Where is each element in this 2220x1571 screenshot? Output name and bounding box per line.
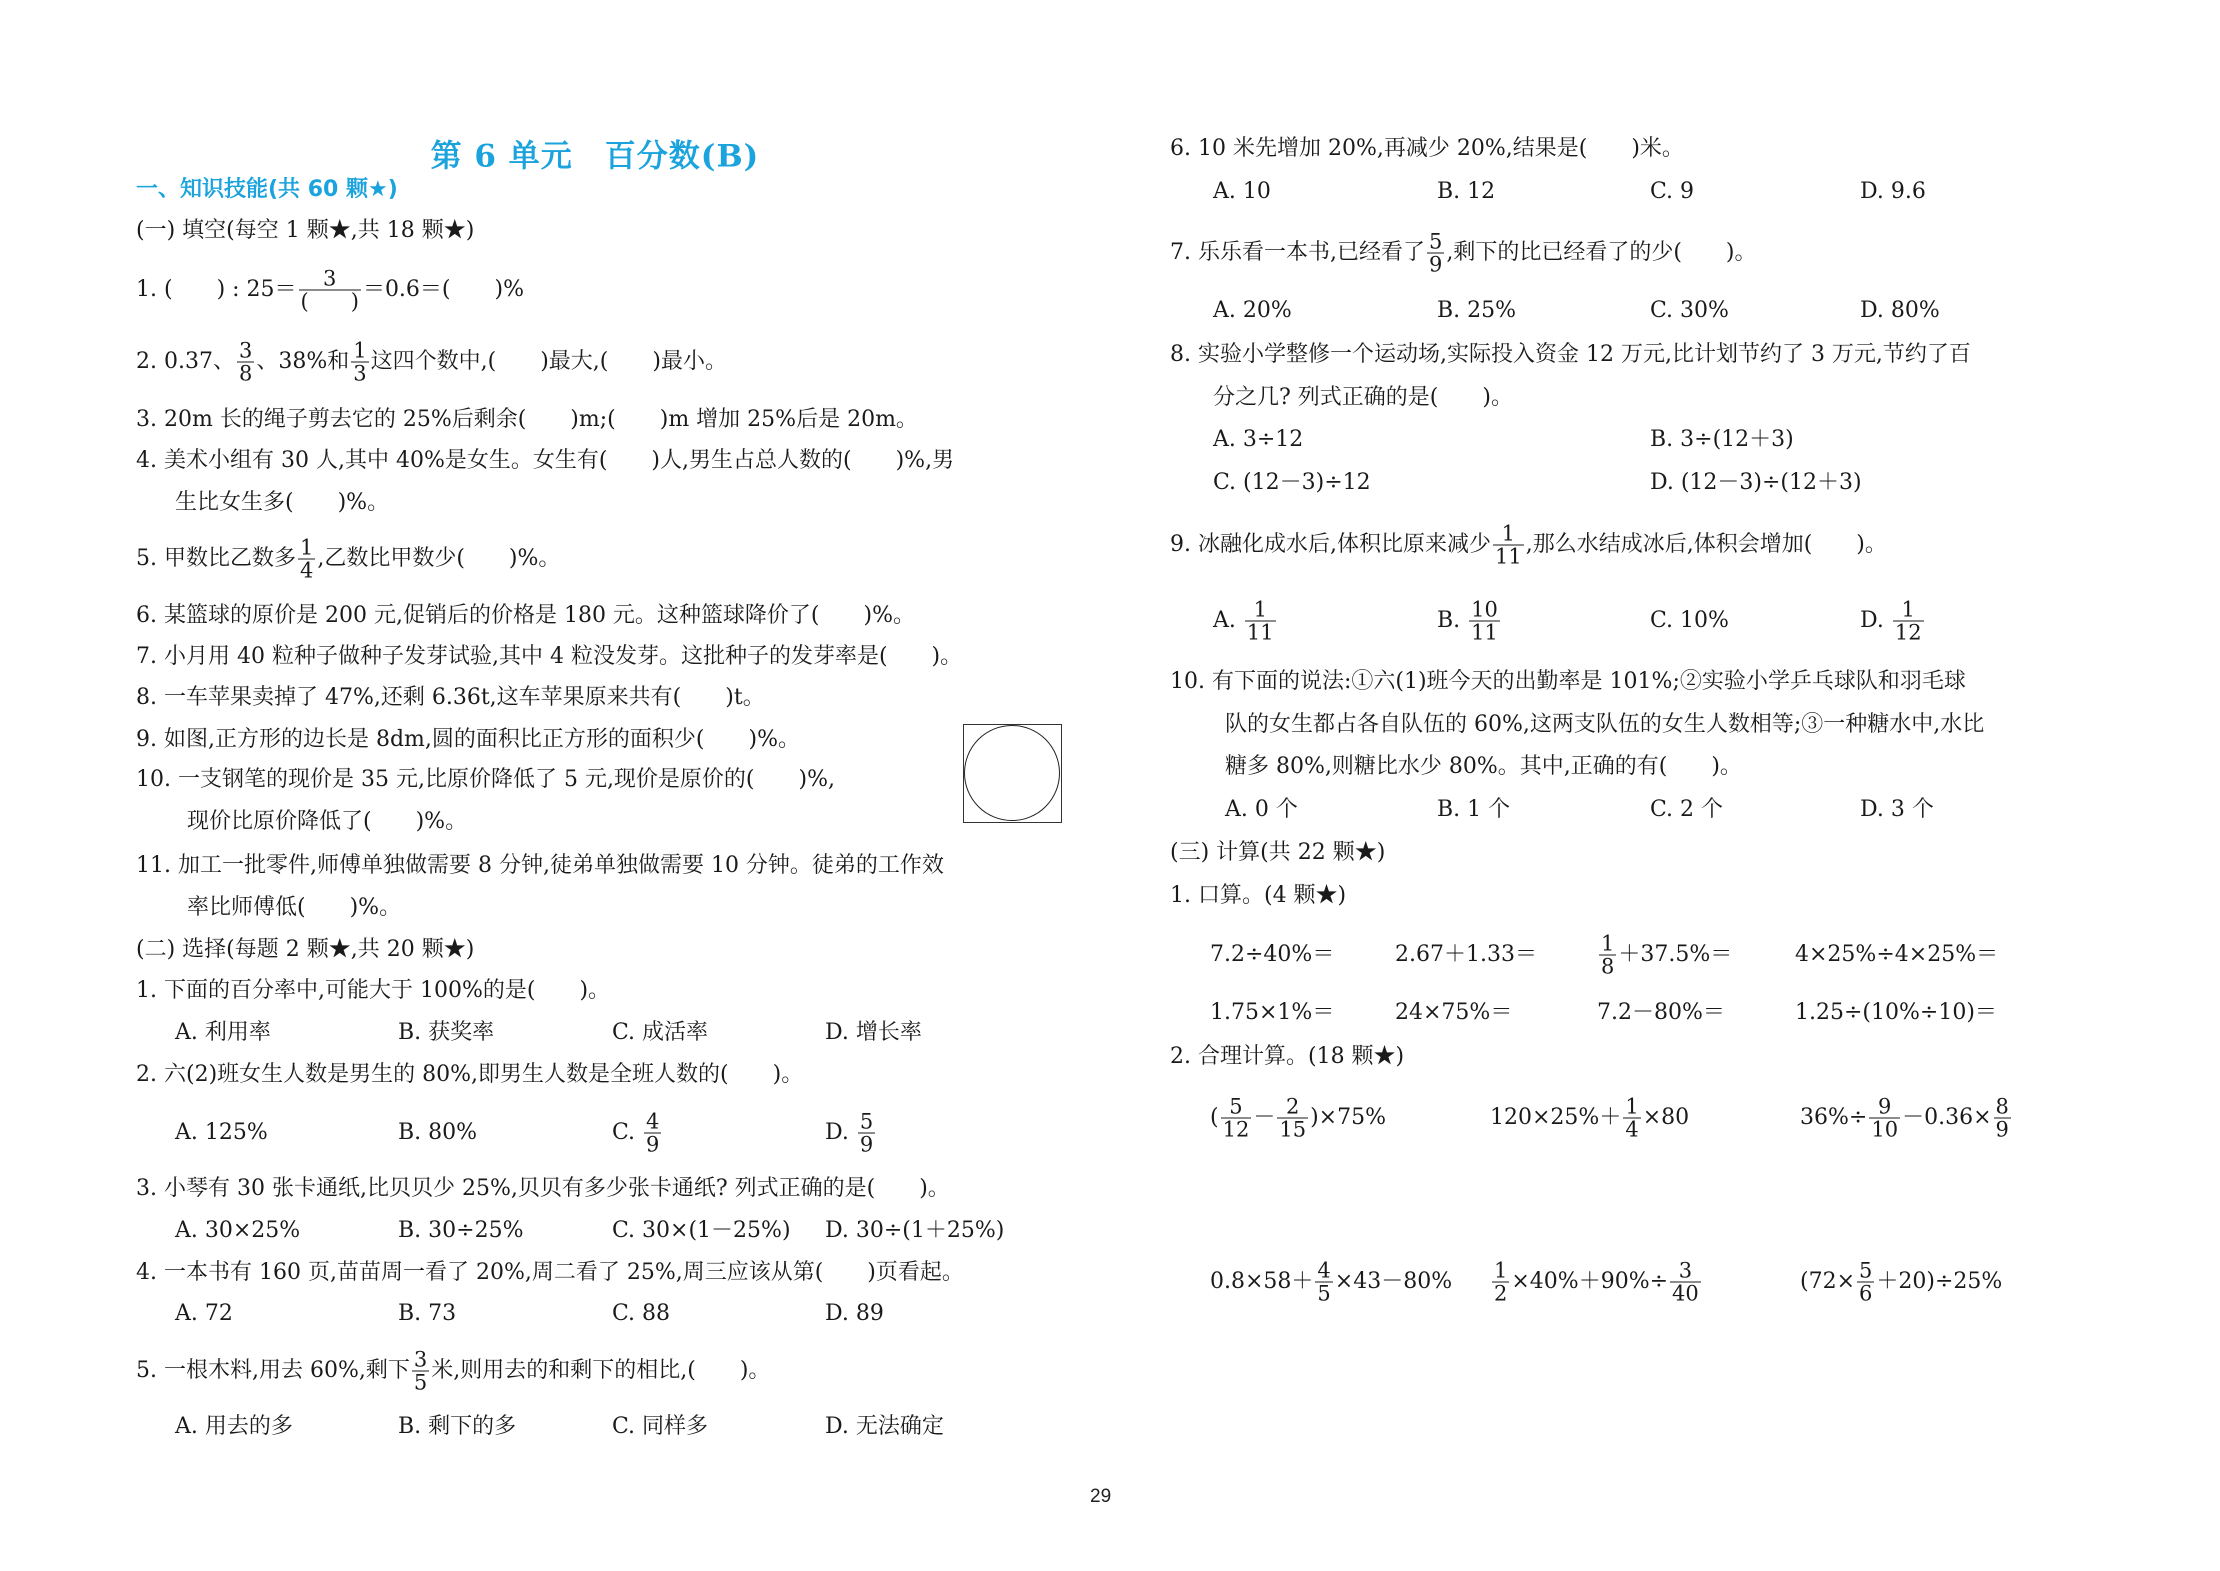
- denominator: 11: [1469, 621, 1500, 644]
- numerator: 1: [1623, 1096, 1640, 1118]
- choice-q7-text-b: ,剩下的比已经看了的少( )。: [1446, 240, 1756, 265]
- choice-q7-option-c: C. 30%: [1650, 296, 1729, 326]
- choice-q9-text-b: ,那么水结成冰后,体积会增加( )。: [1526, 532, 1887, 557]
- page-number: 29: [1090, 1486, 1111, 1508]
- numerator: 9: [1876, 1096, 1893, 1118]
- choice-q10-option-c: C. 2 个: [1650, 795, 1723, 825]
- denominator: 2: [1492, 1282, 1509, 1305]
- choice-q2-option-d: D. 59: [825, 1111, 877, 1156]
- circle-shape: [964, 725, 1060, 821]
- fraction: 59: [858, 1111, 875, 1156]
- fill-q9: 9. 如图,正方形的边长是 8dm,圆的面积比正方形的面积少( )%。: [136, 725, 800, 755]
- reasonable-calc-label: 2. 合理计算。(18 颗★): [1170, 1042, 1404, 1072]
- choice-q7-stem: 7. 乐乐看一本书,已经看了59,剩下的比已经看了的少( )。: [1170, 231, 1757, 276]
- fraction: 14: [298, 537, 315, 582]
- fill-q1-text-b: ＝0.6＝( )%: [363, 277, 524, 302]
- fraction: 215: [1277, 1096, 1308, 1141]
- choice-q6-option-a: A. 10: [1213, 177, 1271, 207]
- numerator: 1: [1900, 599, 1917, 621]
- fill-q8: 8. 一车苹果卖掉了 47%,还剩 6.36t,这车苹果原来共有( )t。: [136, 683, 765, 713]
- denominator: 4: [1623, 1118, 1640, 1141]
- fraction: 910: [1869, 1096, 1900, 1141]
- section-heading-knowledge: 一、知识技能(共 60 颗★): [136, 175, 398, 205]
- fraction: 14: [1623, 1096, 1640, 1141]
- numerator: 5: [858, 1111, 875, 1133]
- choice-q10-line2: 队的女生都占各自队伍的 60%,这两支队伍的女生人数相等;③一种糖水中,水比: [1225, 710, 1984, 740]
- numerator: 3: [412, 1349, 429, 1371]
- numerator: 4: [644, 1111, 661, 1133]
- choice-q6-option-c: C. 9: [1650, 177, 1694, 207]
- calc-expr-6: (72×56＋20)÷25%: [1800, 1260, 2002, 1305]
- numerator: 1: [1492, 1260, 1509, 1282]
- fill-q2-text-a: 2. 0.37、: [136, 349, 235, 374]
- choice-q8-line1: 8. 实验小学整修一个运动场,实际投入资金 12 万元,比计划节约了 3 万元,…: [1170, 340, 1971, 370]
- numerator: 1: [351, 340, 368, 362]
- denominator: 11: [1245, 621, 1276, 644]
- fill-q2-text-c: 这四个数中,( )最大,( )最小。: [371, 349, 727, 374]
- fill-q11-line1: 11. 加工一批零件,师傅单独做需要 8 分钟,徒弟单独做需要 10 分钟。徒弟…: [136, 851, 944, 881]
- denominator: 3: [351, 362, 368, 385]
- choice-q6-option-b: B. 12: [1437, 177, 1495, 207]
- choice-q4-option-a: A. 72: [175, 1299, 233, 1329]
- expr-text: 0.8×58＋: [1210, 1269, 1313, 1294]
- page-title: 第 6 单元 百分数(B): [0, 131, 1190, 176]
- calc-expr-2: 120×25%＋14×80: [1490, 1096, 1689, 1141]
- fraction: 35: [412, 1349, 429, 1394]
- fraction: 59: [1427, 231, 1444, 276]
- choice-q8-option-a: A. 3÷12: [1213, 425, 1303, 455]
- fill-q10-line2: 现价比原价降低了( )%。: [187, 807, 467, 837]
- choice-q7-option-d: D. 80%: [1860, 296, 1940, 326]
- choice-q10-line1: 10. 有下面的说法:①六(1)班今天的出勤率是 101%;②实验小学乒乓球队和…: [1170, 667, 1966, 697]
- fraction: 18: [1599, 933, 1616, 978]
- fill-q2: 2. 0.37、38、38%和13这四个数中,( )最大,( )最小。: [136, 340, 727, 385]
- fill-q1: 1. ( ) : 25＝3( )＝0.6＝( )%: [136, 268, 524, 313]
- denominator: 4: [298, 559, 315, 582]
- fraction: 45: [1315, 1260, 1332, 1305]
- choice-q4-option-b: B. 73: [398, 1299, 456, 1329]
- choice-q3-option-c: C. 30×(1－25%): [612, 1216, 791, 1246]
- expr-text: ×40%＋90%÷: [1511, 1269, 1668, 1294]
- choice-q3-option-d: D. 30÷(1＋25%): [825, 1216, 1004, 1246]
- numerator: 3: [321, 268, 338, 290]
- choice-q8-option-b: B. 3÷(12＋3): [1650, 425, 1794, 455]
- expr-text: (: [1210, 1105, 1219, 1130]
- choice-q3-option-b: B. 30÷25%: [398, 1216, 523, 1246]
- choice-q2-option-b: B. 80%: [398, 1118, 477, 1148]
- choice-q1-option-b: B. 获奖率: [398, 1018, 494, 1048]
- fraction: 111: [1245, 599, 1276, 644]
- fill-q11-line2: 率比师傅低( )%。: [187, 893, 401, 923]
- expr-text: )×75%: [1310, 1105, 1386, 1130]
- fraction: 89: [1994, 1096, 2011, 1141]
- choice-q6-option-d: D. 9.6: [1860, 177, 1926, 207]
- denominator: 5: [1315, 1282, 1332, 1305]
- fill-q2-text-b: 、38%和: [256, 349, 349, 374]
- expr-text: ＋37.5%＝: [1618, 942, 1732, 967]
- square-with-inscribed-circle-figure: [963, 724, 1062, 823]
- fraction: 111: [1493, 523, 1524, 568]
- fill-q4-line2: 生比女生多( )%。: [175, 488, 389, 518]
- choice-q4-option-d: D. 89: [825, 1299, 884, 1329]
- choice-q2-option-a: A. 125%: [175, 1118, 268, 1148]
- choice-q9-stem: 9. 冰融化成水后,体积比原来减少111,那么水结成冰后,体积会增加( )。: [1170, 523, 1887, 568]
- fill-q5: 5. 甲数比乙数多14,乙数比甲数少( )%。: [136, 537, 560, 582]
- expr-text: －: [1253, 1105, 1275, 1130]
- choice-q9-option-b: B. 1011: [1437, 599, 1502, 644]
- oral-expr-7: 7.2－80%＝: [1597, 998, 1725, 1028]
- oral-expr-4: 4×25%÷4×25%＝: [1795, 940, 1998, 970]
- fraction: 12: [1492, 1260, 1509, 1305]
- fill-q4-line1: 4. 美术小组有 30 人,其中 40%是女生。女生有( )人,男生占总人数的(…: [136, 446, 954, 476]
- choice-q5-option-b: B. 剩下的多: [398, 1412, 516, 1442]
- choice-q9-option-a: A. 111: [1213, 599, 1278, 644]
- numerator: 1: [1599, 933, 1616, 955]
- choice-q3-option-a: A. 30×25%: [175, 1216, 300, 1246]
- denominator: 12: [1221, 1118, 1252, 1141]
- denominator: 8: [1599, 955, 1616, 978]
- choice-q5-option-c: C. 同样多: [612, 1412, 708, 1442]
- fraction: 340: [1670, 1260, 1701, 1305]
- denominator: 6: [1857, 1282, 1874, 1305]
- calc-heading: (三) 计算(共 22 颗★): [1170, 838, 1385, 868]
- choice-q8-option-d: D. (12－3)÷(12＋3): [1650, 468, 1862, 498]
- oral-expr-6: 24×75%＝: [1395, 998, 1512, 1028]
- choice-q7-option-a: A. 20%: [1213, 296, 1292, 326]
- choice-q3-stem: 3. 小琴有 30 张卡通纸,比贝贝少 25%,贝贝有多少张卡通纸? 列式正确的…: [136, 1174, 950, 1204]
- choice-q10-option-a: A. 0 个: [1225, 795, 1298, 825]
- choice-q9-option-d: D. 112: [1860, 599, 1926, 644]
- numerator: 3: [237, 340, 254, 362]
- fill-q6: 6. 某篮球的原价是 200 元,促销后的价格是 180 元。这种篮球降价了( …: [136, 601, 915, 631]
- fill-q3: 3. 20m 长的绳子剪去它的 25%后剩余( )m;( )m 增加 25%后是…: [136, 405, 918, 435]
- fraction: 512: [1221, 1096, 1252, 1141]
- choice-q1-option-a: A. 利用率: [175, 1018, 271, 1048]
- oral-expr-8: 1.25÷(10%÷10)＝: [1795, 998, 1997, 1028]
- choice-q8-line2: 分之几? 列式正确的是( )。: [1213, 383, 1513, 413]
- choice-q9-text-a: 9. 冰融化成水后,体积比原来减少: [1170, 532, 1491, 557]
- denominator: 9: [858, 1133, 875, 1156]
- numerator: 1: [1500, 523, 1517, 545]
- denominator: 9: [1994, 1118, 2011, 1141]
- expr-text: (72×: [1800, 1269, 1855, 1294]
- fraction: 49: [644, 1111, 661, 1156]
- denominator: 10: [1869, 1118, 1900, 1141]
- numerator: 1: [298, 537, 315, 559]
- fraction: 13: [351, 340, 368, 385]
- expr-text: ＋20)÷25%: [1876, 1269, 2002, 1294]
- choice-q8-option-c: C. (12－3)÷12: [1213, 468, 1371, 498]
- oral-expr-2: 2.67＋1.33＝: [1395, 940, 1537, 970]
- numerator: 3: [1677, 1260, 1694, 1282]
- choice-q10-line3: 糖多 80%,则糖比水少 80%。其中,正确的有( )。: [1225, 752, 1742, 782]
- fill-q1-text-a: 1. ( ) : 25＝: [136, 277, 297, 302]
- choice-q4-option-c: C. 88: [612, 1299, 670, 1329]
- choice-q7-option-b: B. 25%: [1437, 296, 1516, 326]
- oral-expr-1: 7.2÷40%＝: [1210, 940, 1334, 970]
- choice-q5-text-a: 5. 一根木料,用去 60%,剩下: [136, 1358, 410, 1383]
- choice-heading: (二) 选择(每题 2 颗★,共 20 颗★): [136, 935, 474, 965]
- oral-expr-3: 18＋37.5%＝: [1597, 933, 1732, 978]
- denominator: 8: [237, 362, 254, 385]
- choice-q6-stem: 6. 10 米先增加 20%,再减少 20%,结果是( )米。: [1170, 134, 1684, 164]
- fill-q5-text-b: ,乙数比甲数少( )%。: [317, 546, 560, 571]
- numerator: 2: [1284, 1096, 1301, 1118]
- numerator: 10: [1469, 599, 1500, 621]
- numerator: 8: [1994, 1096, 2011, 1118]
- choice-q1-option-c: C. 成活率: [612, 1018, 708, 1048]
- denominator: 40: [1670, 1282, 1701, 1305]
- fill-q5-text-a: 5. 甲数比乙数多: [136, 546, 296, 571]
- fill-blank-heading: (一) 填空(每空 1 颗★,共 18 颗★): [136, 216, 474, 246]
- choice-q10-option-d: D. 3 个: [1860, 795, 1934, 825]
- numerator: 5: [1427, 231, 1444, 253]
- choice-q9-option-c: C. 10%: [1650, 606, 1729, 636]
- expr-text: 36%÷: [1800, 1105, 1867, 1130]
- expr-text: ×43－80%: [1335, 1269, 1452, 1294]
- fill-q10-line1: 10. 一支钢笔的现价是 35 元,比原价降低了 5 元,现价是原价的( )%,: [136, 765, 835, 795]
- choice-q2-option-c: C. 49: [612, 1111, 663, 1156]
- calc-expr-4: 0.8×58＋45×43－80%: [1210, 1260, 1452, 1305]
- fraction: 1011: [1469, 599, 1500, 644]
- fraction: 3( ): [299, 268, 361, 313]
- choice-q5-stem: 5. 一根木料,用去 60%,剩下35米,则用去的和剩下的相比,( )。: [136, 1349, 770, 1394]
- option-label: D.: [1860, 608, 1884, 633]
- denominator: 11: [1493, 545, 1524, 568]
- calc-expr-3: 36%÷910－0.36×89: [1800, 1096, 2013, 1141]
- calc-expr-1: (512－215)×75%: [1210, 1096, 1386, 1141]
- choice-q1-option-d: D. 增长率: [825, 1018, 922, 1048]
- option-label: A.: [1213, 608, 1236, 633]
- numerator: 5: [1227, 1096, 1244, 1118]
- expr-text: －0.36×: [1902, 1105, 1991, 1130]
- fraction: 112: [1893, 599, 1924, 644]
- choice-q5-option-d: D. 无法确定: [825, 1412, 944, 1442]
- fill-q7: 7. 小月用 40 粒种子做种子发芽试验,其中 4 粒没发芽。这批种子的发芽率是…: [136, 642, 962, 672]
- calc-expr-5: 12×40%＋90%÷340: [1490, 1260, 1703, 1305]
- denominator: ( ): [299, 290, 361, 313]
- choice-q4-stem: 4. 一本书有 160 页,苗苗周一看了 20%,周二看了 25%,周三应该从第…: [136, 1258, 964, 1288]
- denominator: 12: [1893, 621, 1924, 644]
- oral-calc-label: 1. 口算。(4 颗★): [1170, 881, 1346, 911]
- oral-expr-5: 1.75×1%＝: [1210, 998, 1334, 1028]
- expr-text: 120×25%＋: [1490, 1105, 1621, 1130]
- numerator: 4: [1315, 1260, 1332, 1282]
- choice-q10-option-b: B. 1 个: [1437, 795, 1510, 825]
- option-label: C.: [612, 1120, 635, 1145]
- fraction: 38: [237, 340, 254, 385]
- numerator: 5: [1857, 1260, 1874, 1282]
- choice-q5-text-b: 米,则用去的和剩下的相比,( )。: [431, 1358, 770, 1383]
- denominator: 15: [1277, 1118, 1308, 1141]
- option-label: B.: [1437, 608, 1460, 633]
- numerator: 1: [1252, 599, 1269, 621]
- choice-q2-stem: 2. 六(2)班女生人数是男生的 80%,即男生人数是全班人数的( )。: [136, 1060, 803, 1090]
- choice-q5-option-a: A. 用去的多: [175, 1412, 293, 1442]
- denominator: 9: [1427, 253, 1444, 276]
- option-label: D.: [825, 1120, 849, 1145]
- denominator: 5: [412, 1371, 429, 1394]
- fraction: 56: [1857, 1260, 1874, 1305]
- choice-q7-text-a: 7. 乐乐看一本书,已经看了: [1170, 240, 1425, 265]
- denominator: 9: [644, 1133, 661, 1156]
- expr-text: ×80: [1643, 1105, 1689, 1130]
- choice-q1-stem: 1. 下面的百分率中,可能大于 100%的是( )。: [136, 976, 610, 1006]
